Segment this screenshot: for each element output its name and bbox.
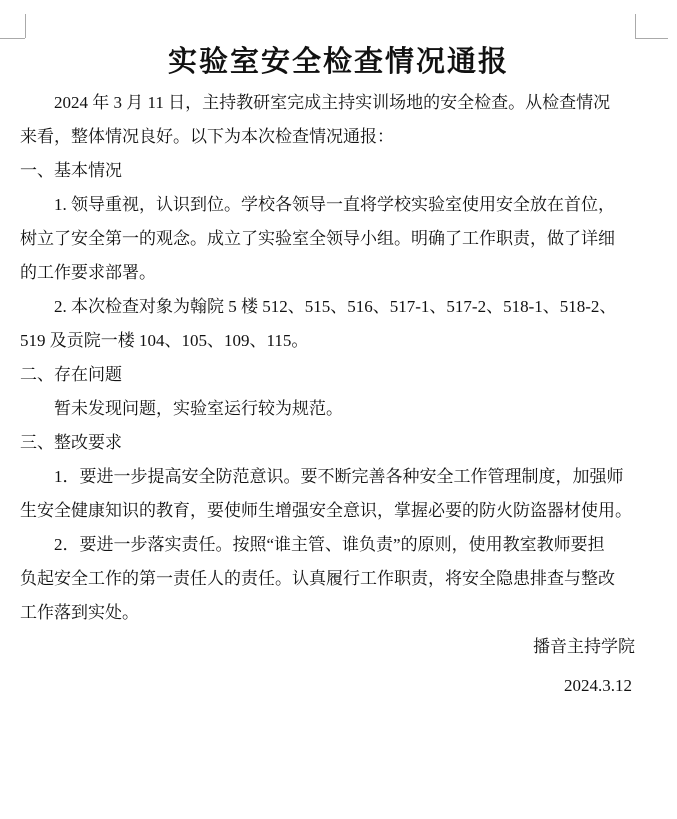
paragraph-line: 工作落到实处。 <box>20 596 650 630</box>
paragraph-line: 1．要进一步提高安全防范意识。要不断完善各种安全工作管理制度，加强师 <box>20 460 650 494</box>
section-heading: 二、存在问题 <box>20 358 650 392</box>
crop-mark-top-left-vertical <box>25 14 26 38</box>
crop-mark-top-right-horizontal <box>635 38 668 39</box>
paragraph-line: 树立了安全第一的观念。成立了实验室全领导小组。明确了工作职责，做了详细 <box>20 222 650 256</box>
paragraph-line: 生安全健康知识的教育，要使师生增强安全意识，掌握必要的防火防盗器材使用。 <box>20 494 650 528</box>
section-heading: 一、基本情况 <box>20 154 650 188</box>
paragraph-line: 的工作要求部署。 <box>20 256 650 290</box>
document-body: 2024 年 3 月 11 日，主持教研室完成主持实训场地的安全检查。从检查情况… <box>20 86 650 703</box>
paragraph-line: 来看，整体情况良好。以下为本次检查情况通报： <box>20 120 650 154</box>
signature-date: 2024.3.12 <box>20 669 650 703</box>
paragraph-line: 1. 领导重视，认识到位。学校各领导一直将学校实验室使用安全放在首位， <box>20 188 650 222</box>
document-title: 实验室安全检查情况通报 <box>0 42 677 82</box>
crop-mark-top-right-vertical <box>635 14 636 38</box>
signature-organization: 播音主持学院 <box>20 630 650 664</box>
paragraph-line: 2. 本次检查对象为翰院 5 楼 512、515、516、517-1、517-2… <box>20 290 650 324</box>
section-heading: 三、整改要求 <box>20 426 650 460</box>
paragraph-line: 负起安全工作的第一责任人的责任。认真履行工作职责，将安全隐患排查与整改 <box>20 562 650 596</box>
paragraph-line: 519 及贡院一楼 104、105、109、115。 <box>20 324 650 358</box>
paragraph-line: 暂未发现问题，实验室运行较为规范。 <box>20 392 650 426</box>
paragraph-line: 2．要进一步落实责任。按照“谁主管、谁负责”的原则，使用教室教师要担 <box>20 528 650 562</box>
crop-mark-top-left-horizontal <box>0 38 25 39</box>
paragraph-line: 2024 年 3 月 11 日，主持教研室完成主持实训场地的安全检查。从检查情况 <box>20 86 650 120</box>
